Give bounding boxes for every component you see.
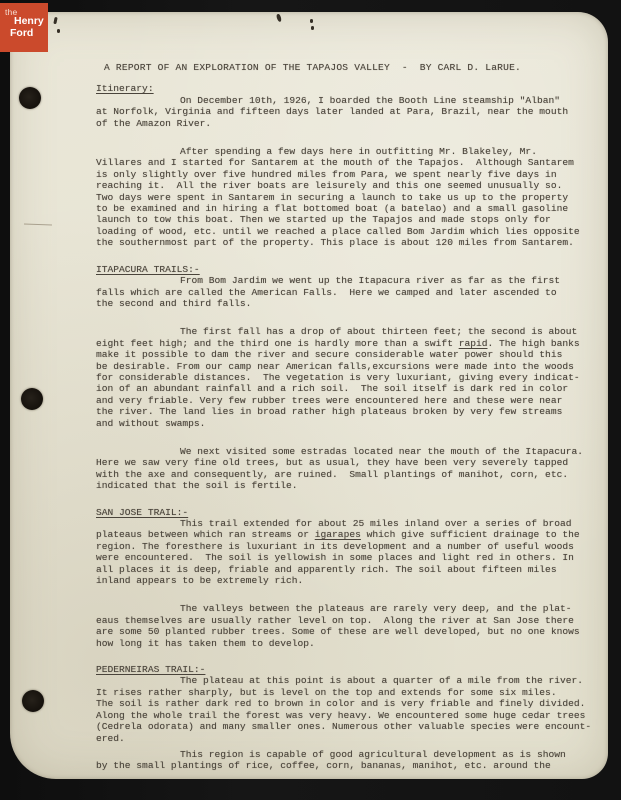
document-line: Two days were spent in Santarem in secur… (96, 192, 600, 203)
document-line: the southernmost part of the property. T… (96, 237, 600, 248)
document-line: The first fall has a drop of about thirt… (96, 326, 600, 337)
document-line: On December 10th, 1926, I boarded the Bo… (96, 95, 600, 106)
document-line: how long it has taken them to develop. (96, 638, 600, 649)
document-line: loading of wood, etc. until we reached a… (96, 226, 600, 237)
document-line: the second and third falls. (96, 298, 600, 309)
punch-hole (22, 690, 44, 712)
section-heading: ITAPACURA TRAILS:- (96, 264, 600, 275)
document-line: Along the whole trail the forest was ver… (96, 710, 600, 721)
section-heading: SAN JOSE TRAIL:- (96, 507, 600, 518)
document-line: Here we saw very fine old trees, but as … (96, 457, 600, 468)
ink-mark (310, 19, 313, 23)
document-line: ered. (96, 733, 600, 744)
scratch-mark (24, 224, 52, 226)
paragraph: The plateau at this point is about a qua… (96, 675, 600, 743)
paragraph: On December 10th, 1926, I boarded the Bo… (96, 95, 600, 129)
document-line: are some 50 planted rubber trees. Some o… (96, 626, 600, 637)
document-line: indicated that the soil is fertile. (96, 480, 600, 491)
section-heading: PEDERNEIRAS TRAIL:- (96, 664, 600, 675)
document-line: were encountered. The soil is yellowish … (96, 552, 600, 563)
paragraph: The first fall has a drop of about thirt… (96, 326, 600, 429)
document-line: After spending a few days here in outfit… (96, 146, 600, 157)
punch-hole (19, 87, 41, 109)
document-line: eaus themselves are usually rather level… (96, 615, 600, 626)
document-line: falls which are called the American Fall… (96, 287, 600, 298)
document-line: The valleys between the plateaus are rar… (96, 603, 600, 614)
paragraph: This region is capable of good agricultu… (96, 749, 600, 772)
paragraph: After spending a few days here in outfit… (96, 146, 600, 249)
document-body: Itinerary:On December 10th, 1926, I boar… (96, 83, 600, 771)
document-line: This trail extended for about 25 miles i… (96, 518, 600, 529)
document-line: We next visited some estradas located ne… (96, 446, 600, 457)
document-line: the river. The land lies in broad rather… (96, 406, 600, 417)
document-line: of the Amazon River. (96, 118, 600, 129)
paragraph: This trail extended for about 25 miles i… (96, 518, 600, 586)
ink-mark (57, 29, 60, 33)
paragraph: The valleys between the plateaus are rar… (96, 603, 600, 649)
document-line: and without swamps. (96, 418, 600, 429)
document-line: (Cedrela odorata) and many smaller ones.… (96, 721, 600, 732)
document-line: reaching it. All the river boats are lei… (96, 180, 600, 191)
document-line: with the axe and consequently, are ruine… (96, 469, 600, 480)
typewritten-content: A REPORT OF AN EXPLORATION OF THE TAPAJO… (96, 62, 600, 772)
logo-word-henry: Henry (14, 15, 44, 27)
section-heading: Itinerary: (96, 83, 600, 94)
document-line: is only slightly over five hundred miles… (96, 169, 600, 180)
document-line: inland appears to be extremely rich. (96, 575, 600, 586)
document-line: This region is capable of good agricultu… (96, 749, 600, 760)
document-line: by the small plantings of rice, coffee, … (96, 760, 600, 771)
document-line: From Bom Jardim we went up the Itapacura… (96, 275, 600, 286)
document-line: ion of an abundant rainfall and a rich s… (96, 383, 600, 394)
document-line: make it possible to dam the river and se… (96, 349, 600, 360)
document-line: be desirable. From our camp near America… (96, 361, 600, 372)
document-line: and very friable. Very few rubber trees … (96, 395, 600, 406)
henry-ford-logo: the Henry Ford (0, 3, 48, 52)
document-line: Villares and I started for Santarem at t… (96, 157, 600, 168)
logo-word-ford: Ford (10, 27, 33, 39)
document-line: The soil is rather dark red to brown in … (96, 698, 600, 709)
document-line: to be examined and in hiring a flat bott… (96, 203, 600, 214)
paragraph: We next visited some estradas located ne… (96, 446, 600, 492)
document-title: A REPORT OF AN EXPLORATION OF THE TAPAJO… (96, 62, 600, 73)
ink-mark (311, 26, 314, 30)
document-line: plateaus between which ran streams or ig… (96, 529, 600, 540)
document-line: all places it is deep, friable and appar… (96, 564, 600, 575)
document-line: It rises rather sharply, but is level on… (96, 687, 600, 698)
document-line: The plateau at this point is about a qua… (96, 675, 600, 686)
document-line: for considerable distances. The vegetati… (96, 372, 600, 383)
punch-hole (21, 388, 43, 410)
document-line: launch to tow this boat. Then we started… (96, 214, 600, 225)
document-line: at Norfolk, Virginia and fifteen days la… (96, 106, 600, 117)
paragraph: From Bom Jardim we went up the Itapacura… (96, 275, 600, 309)
document-line: region. The foresthere is luxuriant in i… (96, 541, 600, 552)
document-line: eight feet high; and the third one is ha… (96, 338, 600, 349)
